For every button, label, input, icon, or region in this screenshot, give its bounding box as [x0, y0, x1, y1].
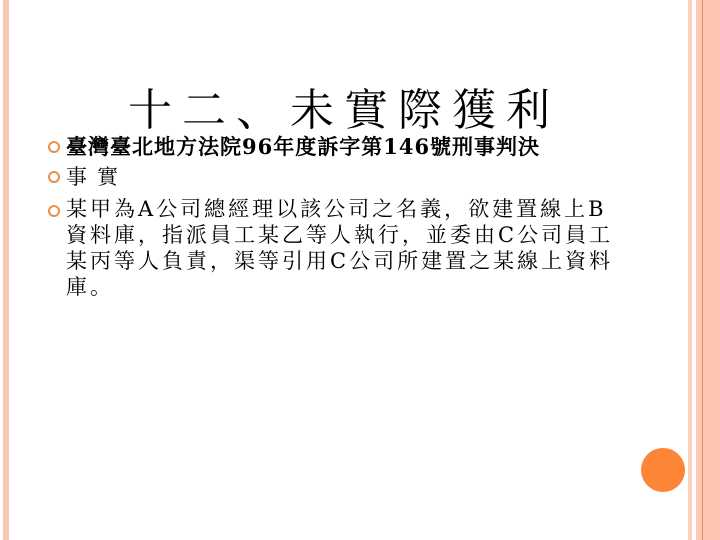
- bullet-item-description: 某甲為A公司總經理以該公司之名義，欲建置線上B資料庫，指派員工某乙等人執行，並委…: [56, 196, 616, 300]
- stripe: [711, 0, 720, 540]
- bullet-text: 某甲為A公司總經理以該公司之名義，欲建置線上B資料庫，指派員工某乙等人執行，並委…: [66, 196, 616, 300]
- circle-bullet-icon: [48, 205, 60, 217]
- right-decorative-stripes: [688, 0, 720, 540]
- bullet-item-case: 臺灣臺北地方法院96年度訴字第146號刑事判決: [56, 132, 616, 162]
- circle-bullet-icon: [48, 141, 60, 153]
- bullet-item-facts: 事實: [56, 162, 616, 192]
- stripe: [688, 0, 692, 540]
- decorative-orange-circle: [641, 448, 685, 492]
- bullet-text: 事實: [66, 162, 616, 192]
- bullet-list: 臺灣臺北地方法院96年度訴字第146號刑事判決 事實 某甲為A公司總經理以該公司…: [56, 132, 616, 300]
- stripe: [703, 0, 711, 540]
- bullet-text: 臺灣臺北地方法院96年度訴字第146號刑事判決: [66, 132, 616, 162]
- circle-bullet-icon: [48, 171, 60, 183]
